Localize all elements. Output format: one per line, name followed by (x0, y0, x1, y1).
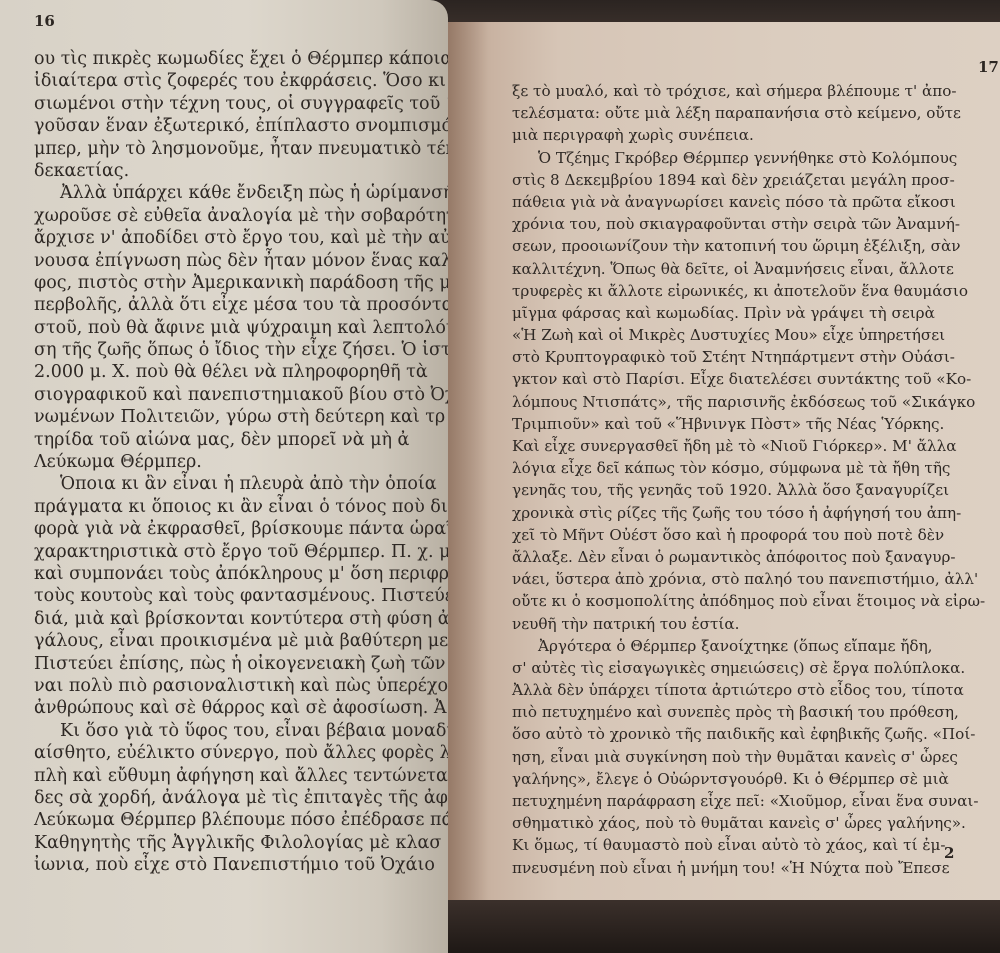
text-line: χωροῦσε σὲ εὐθεῖα ἀναλογία μὲ τὴν σοβαρό… (34, 205, 448, 227)
text-line: πνευσμένη ποὺ εἶναι ἡ μνήμη του! «Ἡ Νύχτ… (512, 857, 985, 879)
text-line: Ὁποια κι ἂν εἶναι ἡ πλευρὰ ἀπὸ τὴν ὁποία (34, 473, 448, 495)
page-number-left: 16 (34, 12, 55, 30)
text-line: μιὰ περιγραφὴ χωρὶς συνέπεια. (512, 124, 985, 146)
text-line: ση τῆς ζωῆς ὅπως ὁ ἴδιος τὴν εἶχε ζήσει.… (34, 339, 448, 361)
text-line: γενηᾶς του, τῆς γενηᾶς τοῦ 1920. Ἀλλὰ ὅσ… (512, 479, 985, 501)
text-line: χεῖ τὸ Μῆντ Οὐέστ ὅσο καὶ ἡ προφορά του … (512, 524, 985, 546)
right-page: 17 ξε τὸ μυαλό, καὶ τὸ τρόχισε, καὶ σήμε… (448, 22, 1000, 902)
text-line: αίσθητο, εὐέλικτο σύνεργο, ποὺ ἄλλες φορ… (34, 742, 448, 764)
text-line: Τριμπιοῦν» καὶ τοῦ «Ἥβνινγκ Πὸστ» τῆς Νέ… (512, 413, 985, 435)
text-line: σ' αὐτὲς τὶς εἰσαγωγικὲς σημειώσεις) σὲ … (512, 657, 985, 679)
text-line: Κι ὅσο γιὰ τὸ ὕφος του, εἶναι βέβαια μον… (34, 720, 448, 742)
text-line: διά, μιὰ καὶ βρίσκονται κοντύτερα στὴ φύ… (34, 608, 448, 630)
text-line: φος, πιστὸς στὴν Ἀμερικανικὴ παράδοση τῆ… (34, 272, 448, 294)
text-line: καὶ συμπονάει τοὺς ἀπόκληρους μ' ὅση περ… (34, 563, 448, 585)
text-line: Καὶ εἶχε συνεργασθεῖ ἤδη μὲ τὸ «Νιοῦ Γιό… (512, 435, 985, 457)
text-line: Λεύκωμα Θέρμπερ βλέπουμε πόσο ἐπέδρασε π… (34, 809, 448, 831)
text-line: πάθεια γιὰ νὰ ἀναγνωρίσει κανεὶς πόσο τὰ… (512, 191, 985, 213)
text-line: φορὰ γιὰ νὰ ἐκφρασθεῖ, βρίσκουμε πάντα ὡ… (34, 518, 448, 540)
text-line: σθηματικὸ χάος, ποὺ τὸ θυμᾶται κανεὶς σ'… (512, 812, 985, 834)
text-line: ναι πολὺ πιὸ ρασιοναλιστικὴ καὶ πὼς ὑπερ… (34, 675, 448, 697)
text-line: πιὸ πετυχημένο καὶ συνεπὲς πρὸς τὴ βασικ… (512, 701, 985, 723)
page-number-right: 17 (978, 58, 999, 76)
text-line: τρυφερὲς κι ἄλλοτε εἰρωνικές, κι ἀποτελο… (512, 280, 985, 302)
text-line: ηση, εἶναι μιὰ συγκίνηση ποὺ τὴν θυμᾶται… (512, 746, 985, 768)
text-line: Ὁ Τζέημς Γκρόβερ Θέρμπερ γεννήθηκε στὸ Κ… (512, 147, 985, 169)
text-line: χρόνια του, ποὺ σκιαγραφοῦνται στὴν σειρ… (512, 213, 985, 235)
text-line: στοῦ, ποὺ θὰ ἄφινε μιὰ ψύχραιμη καὶ λεπτ… (34, 317, 448, 339)
text-line: καλλιτέχνη. Ὅπως θὰ δεῖτε, οἱ Ἀναμνήσεις… (512, 258, 985, 280)
text-line: χρονικὰ στὶς ρίζες τῆς ζωῆς του τόσο ἡ ἀ… (512, 502, 985, 524)
text-line: τελέσματα: οὔτε μιὰ λέξη παραπανήσια στὸ… (512, 102, 985, 124)
text-line: στὶς 8 Δεκεμβρίου 1894 καὶ δὲν χρειάζετα… (512, 169, 985, 191)
text-line: μῖγμα φάρσας καὶ κωμωδίας. Πρὶν νὰ γράψε… (512, 302, 985, 324)
text-line: λόμπους Ντισπάτς», τῆς παρισινῆς ἐκδόσεω… (512, 391, 985, 413)
text-line: Κι ὅμως, τί θαυμαστὸ ποὺ εἶναι αὐτὸ τὸ χ… (512, 834, 985, 856)
text-line: ἰδιαίτερα στὶς ζοφερές του ἐκφράσεις. Ὅσ… (34, 70, 448, 92)
text-line: Ἀργότερα ὁ Θέρμπερ ξανοίχτηκε (ὅπως εἴπα… (512, 635, 985, 657)
signature-mark: 2 (944, 844, 954, 862)
text-line: 2.000 μ. Χ. ποὺ θὰ θέλει νὰ πληροφορηθῆ … (34, 361, 448, 383)
text-line: στὸ Κρυπτογραφικὸ τοῦ Στέητ Ντηπάρτμεντ … (512, 346, 985, 368)
right-page-text: ξε τὸ μυαλό, καὶ τὸ τρόχισε, καὶ σήμερα … (512, 80, 985, 879)
text-line: ὅσο αὐτὸ τὸ χρονικὸ τῆς παιδικῆς καὶ ἐφη… (512, 723, 985, 745)
text-line: πλὴ καὶ εὔθυμη ἀφήγηση καὶ ἄλλες τεντώνε… (34, 765, 448, 787)
left-page: 16 ου τὶς πικρὲς κωμωδίες ἔχει ὁ Θέρμπερ… (0, 0, 448, 953)
text-line: δεκαετίας. (34, 160, 448, 182)
background-bottom (448, 900, 1000, 953)
text-line: γκτον καὶ στὸ Παρίσι. Εἶχε διατελέσει συ… (512, 368, 985, 390)
text-line: γάλους, εἶναι προικισμένα μὲ μιὰ βαθύτερ… (34, 630, 448, 652)
text-line: Πιστεύει ἐπίσης, πὼς ἡ οἰκογενειακὴ ζωὴ … (34, 653, 448, 675)
text-line: ξε τὸ μυαλό, καὶ τὸ τρόχισε, καὶ σήμερα … (512, 80, 985, 102)
text-line: περβολῆς, ἀλλὰ ὅτι εἶχε μέσα του τὰ προσ… (34, 294, 448, 316)
text-line: σεων, προοιωνίζουν τὴν κατοπινή του ὥριμ… (512, 235, 985, 257)
text-line: Λεύκωμα Θέρμπερ. (34, 451, 448, 473)
text-line: μπερ, μὴν τὸ λησμονοῦμε, ἦταν πνευματικὸ… (34, 138, 448, 160)
text-line: ἰωνια, ποὺ εἶχε στὸ Πανεπιστήμιο τοῦ Ὀχά… (34, 854, 448, 876)
text-line: τοὺς κουτοὺς καὶ τοὺς φαντασμένους. Πιστ… (34, 585, 448, 607)
text-line: χαρακτηριστικὰ στὸ ἔργο τοῦ Θέρμπερ. Π. … (34, 541, 448, 563)
text-line: σιωμένοι στὴν τέχνη τους, οἱ συγγραφεῖς … (34, 93, 448, 115)
text-line: σιογραφικοῦ καὶ πανεπιστημιακοῦ βίου στὸ… (34, 384, 448, 406)
left-page-text: ου τὶς πικρὲς κωμωδίες ἔχει ὁ Θέρμπερ κά… (34, 48, 448, 876)
text-line: δες σὰ χορδή, ἀνάλογα μὲ τὶς ἐπιταγὲς τῆ… (34, 787, 448, 809)
text-line: λόγια εἶχε δεῖ κάπως τὸν κόσμο, σύμφωνα … (512, 457, 985, 479)
text-line: ου τὶς πικρὲς κωμωδίες ἔχει ὁ Θέρμπερ κά… (34, 48, 448, 70)
text-line: πράγματα κι ὅποιος κι ἂν εἶναι ὁ τόνος π… (34, 496, 448, 518)
text-line: γαλήνης», ἔλεγε ὁ Οὐώρντσγουόρθ. Κι ὁ Θέ… (512, 768, 985, 790)
text-line: «Ἡ Ζωὴ καὶ οἱ Μικρὲς Δυστυχίες Μου» εἶχε… (512, 324, 985, 346)
text-line: γοῦσαν ἕναν ἐξωτερικό, ἐπίπλαστο σνομπισ… (34, 115, 448, 137)
text-line: οὔτε κι ὁ κοσμοπολίτης ἀπόδημος ποὺ εἶνα… (512, 590, 985, 612)
gutter-shadow (448, 22, 488, 902)
text-line: νευθῆ τὴν πατρική του ἑστία. (512, 613, 985, 635)
text-line: ἄλλαξε. Δὲν εἶναι ὁ ρωμαντικὸς ἀπόφοιτος… (512, 546, 985, 568)
text-line: τηρίδα τοῦ αἰώνα μας, δὲν μπορεῖ νὰ μὴ ἀ (34, 429, 448, 451)
text-line: Ἀλλὰ ὑπάρχει κάθε ἔνδειξη πὼς ἡ ὡρίμανσή (34, 182, 448, 204)
text-line: Ἀλλὰ δὲν ὑπάρχει τίποτα ἀρτιώτερο στὸ εἶ… (512, 679, 985, 701)
text-line: ἀνθρώπους καὶ σὲ θάρρος καὶ σὲ ἀφοσίωση.… (34, 697, 448, 719)
text-line: νάει, ὕστερα ἀπὸ χρόνια, στὸ παληό του π… (512, 568, 985, 590)
text-line: Καθηγητὴς τῆς Ἀγγλικῆς Φιλολογίας μὲ κλα… (34, 832, 448, 854)
text-line: ἄρχισε ν' ἀποδίδει στὸ ἔργο του, καὶ μὲ … (34, 227, 448, 249)
text-line: νωμένων Πολιτειῶν, γύρω στὴ δεύτερη καὶ … (34, 406, 448, 428)
text-line: νουσα ἐπίγνωση πὼς δὲν ἦταν μόνον ἕνας κ… (34, 250, 448, 272)
text-line: πετυχημένη παράφραση εἶχε πεῖ: «Χιοῦμορ,… (512, 790, 985, 812)
